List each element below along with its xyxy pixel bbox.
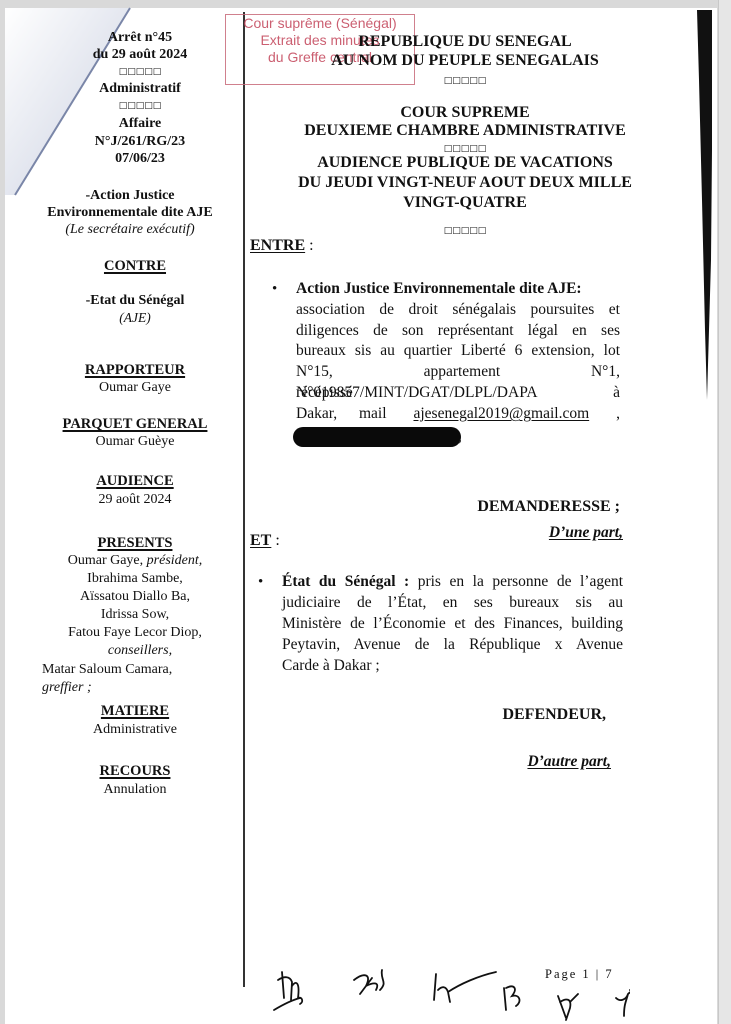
plaintiff-line: diligences de son représentant légal en … <box>296 321 620 342</box>
plaintiff-email-link[interactable]: ajesenegal2019@gmail.com <box>413 404 589 425</box>
affaire-number: N°J/261/RG/23 <box>30 134 250 150</box>
member-role: président, <box>147 553 203 568</box>
defendant-line: Ministère de l’Économie et des Finances,… <box>282 614 623 635</box>
defendant-line: Carde à Dakar ; <box>282 656 380 677</box>
audience-title-line-1: AUDIENCE PUBLIQUE DE VACATIONS <box>265 154 665 172</box>
demanderesse-label: DEMANDERESSE ; <box>470 497 620 518</box>
present-member: Fatou Faye Lecor Diop, <box>25 625 245 641</box>
defendant-line: judiciaire de l’État, en ses bureaux sis… <box>282 593 623 614</box>
republic-title: REPUBLIQUE DU SENEGAL <box>265 33 665 51</box>
plaintiff-line-2: Environnementale dite AJE <box>20 205 240 221</box>
audience-label: AUDIENCE <box>25 473 245 490</box>
plaintiff-line: association de droit sénégalais poursuit… <box>296 300 620 321</box>
rapporteur-label: RAPPORTEUR <box>25 362 245 379</box>
plaintiff-mail-prefix: Dakar, mail <box>296 404 387 425</box>
et-heading: ET : <box>250 531 280 552</box>
entre-label: ENTRE <box>250 237 305 254</box>
defendant-first-rest: pris en la personne de l’agent <box>418 573 623 590</box>
parquet-general-name: Oumar Guèye <box>25 434 245 450</box>
defendant-first-line: État du Sénégal : pris en la personne de… <box>282 572 623 593</box>
parquet-general-label: PARQUET GENERAL <box>25 416 245 433</box>
comma: , <box>458 427 462 448</box>
arret-date: du 29 août 2024 <box>30 47 250 63</box>
present-member: Oumar Gaye, président, <box>25 553 245 569</box>
matiere-value: Administrative <box>25 722 245 738</box>
present-member: Aïssatou Diallo Ba, <box>25 589 245 605</box>
separator: □□□□□ <box>30 65 250 79</box>
plaintiff-contact-line: Dakar, mail ajesenegal2019@gmail.com , <box>296 404 620 425</box>
dautre-part-label: D’autre part, <box>460 752 611 773</box>
plaintiff-line: bureaux sis au quartier Liberté 6 extens… <box>296 341 620 362</box>
presents-label: PRESENTS <box>25 535 245 552</box>
separator: □□□□□ <box>30 99 250 113</box>
entre-heading: ENTRE : <box>250 236 314 257</box>
case-category: Administratif <box>30 81 250 97</box>
greffier-role: greffier ; <box>42 679 92 696</box>
people-title: AU NOM DU PEUPLE SENEGALAIS <box>265 52 665 70</box>
contre-label: CONTRE <box>25 258 245 275</box>
et-label: ET <box>250 532 271 549</box>
defendeur-label: DEFENDEUR, <box>460 705 606 726</box>
recours-value: Annulation <box>25 782 245 798</box>
dune-part-label: D’une part, <box>470 523 623 544</box>
member-name: Oumar Gaye, <box>68 553 143 568</box>
plaintiff-line-1: -Action Justice <box>20 188 240 204</box>
audience-title-line-3: VINGT-QUATRE <box>265 194 665 212</box>
bullet-icon: • <box>272 281 277 298</box>
plaintiff-representative: (Le secrétaire exécutif) <box>20 222 240 238</box>
separator: □□□□□ <box>265 222 665 240</box>
page-number: Page 1 | 7 <box>545 967 614 982</box>
rapporteur-name: Oumar Gaye <box>25 380 245 396</box>
present-member: Ibrahima Sambe, <box>25 571 245 587</box>
court-title: COUR SUPREME <box>265 104 665 122</box>
redacted-text <box>293 427 461 447</box>
bullet-icon: • <box>258 574 263 591</box>
plaintiff-name: Action Justice Environnementale dite AJE… <box>296 279 620 300</box>
affaire-label: Affaire <box>30 116 250 132</box>
audience-date: 29 août 2024 <box>25 492 245 508</box>
separator: □□□□□ <box>265 72 665 90</box>
matiere-label: MATIERE <box>25 703 245 720</box>
defendant-representative: (AJE) <box>25 310 245 326</box>
conseillers-role: conseillers, <box>30 643 250 659</box>
chamber-title: DEUXIEME CHAMBRE ADMINISTRATIVE <box>265 122 665 140</box>
defendant-name: État du Sénégal : <box>282 573 409 590</box>
plaintiff-line: N°019857/MINT/DGAT/DLPL/DAPA à <box>296 383 620 404</box>
greffier-name: Matar Saloum Camara, <box>42 661 172 678</box>
arret-number: Arrêt n°45 <box>30 30 250 46</box>
audience-title-line-2: DU JEUDI VINGT-NEUF AOUT DEUX MILLE <box>265 174 665 192</box>
defendant-line: Peytavin, Avenue de la République x Aven… <box>282 635 623 656</box>
affaire-date: 07/06/23 <box>30 151 250 167</box>
comma: , <box>616 404 620 425</box>
stamp-line-1: Cour suprême (Sénégal) <box>226 15 414 32</box>
present-member: Idrissa Sow, <box>25 607 245 623</box>
page-edge <box>718 0 731 1024</box>
defendant: -Etat du Sénégal <box>25 293 245 309</box>
recours-label: RECOURS <box>25 763 245 780</box>
